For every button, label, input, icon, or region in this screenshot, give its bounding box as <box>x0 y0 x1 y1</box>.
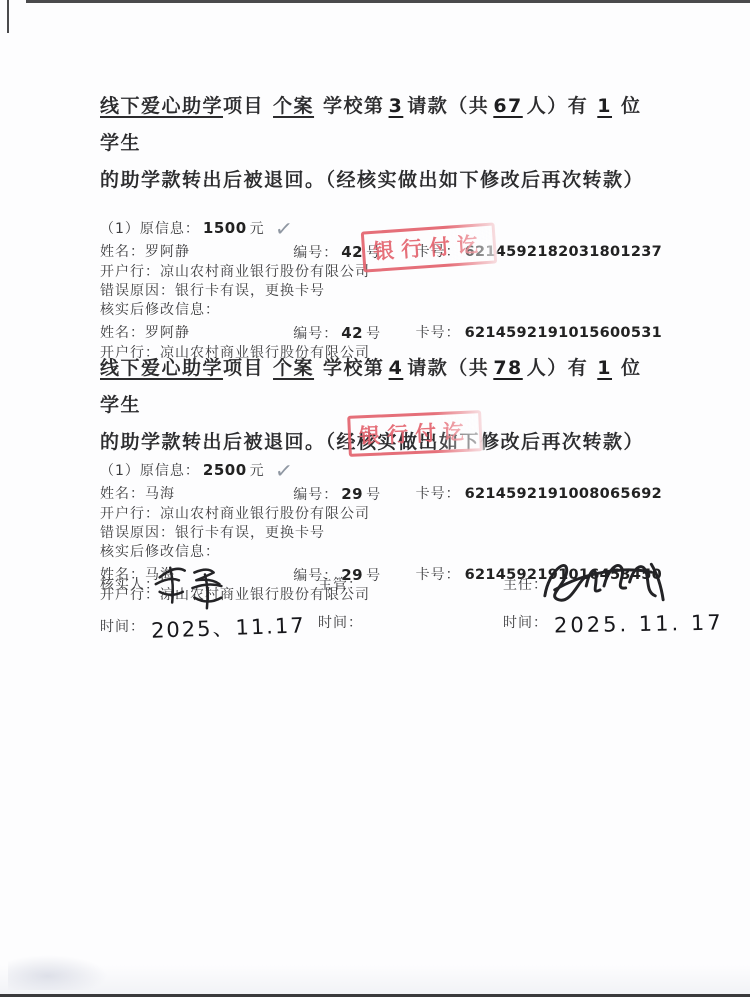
footer-verifier-column: 核实人： 时间：2025、11.17 <box>100 574 310 642</box>
heading-school-number: 4 <box>385 357 408 379</box>
scan-edge-bottom <box>0 994 750 997</box>
original-amount-line: （1）原信息：2500元✓ <box>100 461 662 481</box>
heading-part: 请款（共 <box>407 357 489 379</box>
card-number: 6214592191008065692 <box>461 486 662 502</box>
name-label: 姓名： <box>100 244 145 260</box>
heading-part: 人）有 <box>527 357 589 379</box>
director-row: 主任： <box>503 574 673 596</box>
heading-part: 个案 <box>264 357 323 379</box>
verifier-label: 核实人： <box>100 577 160 593</box>
heading-total-count: 67 <box>489 95 526 117</box>
number-label: 编号： <box>293 326 338 342</box>
heading-part: 项目 <box>223 95 264 117</box>
error-reason-line: 错误原因：银行卡有误，更换卡号 <box>100 282 662 301</box>
supervisor-label: 主管： <box>318 577 363 593</box>
amount-value: 2500 <box>200 461 250 479</box>
bank-paid-stamp: 银行付讫 <box>347 410 483 457</box>
card-number: 6214592191015600531 <box>461 325 662 341</box>
original-info-row: 姓名：马海 编号：29号 卡号：6214592191008065692 <box>100 485 662 505</box>
time-label: 时间： <box>503 615 548 631</box>
footer-supervisor-column: 主管： 时间： <box>318 574 478 632</box>
amount-unit: 元 <box>250 221 265 237</box>
name-value: 罗阿静 <box>145 244 190 260</box>
number-label: 编号： <box>293 487 338 503</box>
number-unit: 号 <box>366 326 381 342</box>
name-value: 马海 <box>145 486 175 502</box>
section-heading: 线下爱心助学项目个案学校第3请款（共67人）有1位学生 的助学款转出后被退回。（… <box>100 88 662 199</box>
handwritten-check-icon: ✓ <box>274 219 294 240</box>
scan-haze <box>0 965 750 994</box>
number-label: 编号： <box>293 245 338 261</box>
heading-part: 个案 <box>264 95 323 117</box>
heading-line2: 的助学款转出后被退回。（经核实做出如下修改后再次转款） <box>100 162 662 199</box>
card-cell: 卡号：6214592191008065692 <box>416 485 662 505</box>
handwritten-date: 2025. 11. 17 <box>554 611 724 638</box>
scan-edge-top <box>26 0 750 3</box>
heading-student-count: 1 <box>588 95 621 117</box>
handwritten-check-icon: ✓ <box>274 461 294 482</box>
verifier-time-row: 时间：2025、11.17 <box>100 612 310 642</box>
heading-total-count: 78 <box>489 357 526 379</box>
heading-part: 项目 <box>223 357 264 379</box>
amount-label: （1）原信息： <box>100 463 200 479</box>
amount-label: （1）原信息： <box>100 221 200 237</box>
time-label: 时间： <box>318 615 363 631</box>
verifier-row: 核实人： <box>100 574 310 596</box>
error-reason-line: 错误原因：银行卡有误，更换卡号 <box>100 524 662 543</box>
card-label: 卡号： <box>416 486 461 502</box>
heading-part: 学校第 <box>323 95 385 117</box>
number-value: 29 <box>338 485 366 503</box>
footer-director-column: 主任： 时间：2025. 11. 17 <box>503 574 673 636</box>
original-bank-line: 开户行：凉山农村商业银行股份有限公司 <box>100 505 662 524</box>
heading-part: 学校第 <box>323 357 385 379</box>
heading-part: 请款（共 <box>407 95 489 117</box>
name-label: 姓名： <box>100 486 145 502</box>
name-cell: 姓名：罗阿静 <box>100 324 293 344</box>
name-cell: 姓名：马海 <box>100 485 293 505</box>
name-label: 姓名： <box>100 325 145 341</box>
name-cell: 姓名：罗阿静 <box>100 243 293 263</box>
scanned-document-page: 线下爱心助学项目个案学校第3请款（共67人）有1位学生 的助学款转出后被退回。（… <box>0 0 750 1000</box>
supervisor-row: 主管： <box>318 574 478 596</box>
director-time-row: 时间：2025. 11. 17 <box>503 612 673 636</box>
name-value: 罗阿静 <box>145 325 190 341</box>
supervisor-time-row: 时间： <box>318 612 478 632</box>
number-cell: 编号：42号 <box>293 324 415 344</box>
revised-title-line: 核实后修改信息： <box>100 543 662 562</box>
number-unit: 号 <box>366 487 381 503</box>
card-label: 卡号： <box>416 325 461 341</box>
card-cell: 卡号：6214592191015600531 <box>416 324 662 344</box>
amount-unit: 元 <box>250 463 265 479</box>
heading-part: 线下爱心助学 <box>100 95 223 117</box>
revised-title-line: 核实后修改信息： <box>100 301 662 320</box>
heading-student-count: 1 <box>588 357 621 379</box>
number-cell: 编号：29号 <box>293 485 415 505</box>
amount-value: 1500 <box>200 219 250 237</box>
time-label: 时间： <box>100 619 145 635</box>
scan-edge-left <box>7 0 9 33</box>
aid-correction-section-2: 线下爱心助学项目个案学校第4请款（共78人）有1位学生 的助学款转出后被退回。（… <box>100 350 662 605</box>
director-label: 主任： <box>503 577 548 593</box>
handwritten-date: 2025、11.17 <box>151 609 307 644</box>
bank-paid-stamp: 银行付讫 <box>361 222 498 272</box>
heading-part: 人）有 <box>527 95 589 117</box>
heading-school-number: 3 <box>385 95 408 117</box>
revised-info-row: 姓名：罗阿静 编号：42号 卡号：6214592191015600531 <box>100 324 662 344</box>
heading-part: 线下爱心助学 <box>100 357 223 379</box>
aid-correction-section-1: 线下爱心助学项目个案学校第3请款（共67人）有1位学生 的助学款转出后被退回。（… <box>100 88 662 363</box>
number-value: 42 <box>338 324 366 342</box>
